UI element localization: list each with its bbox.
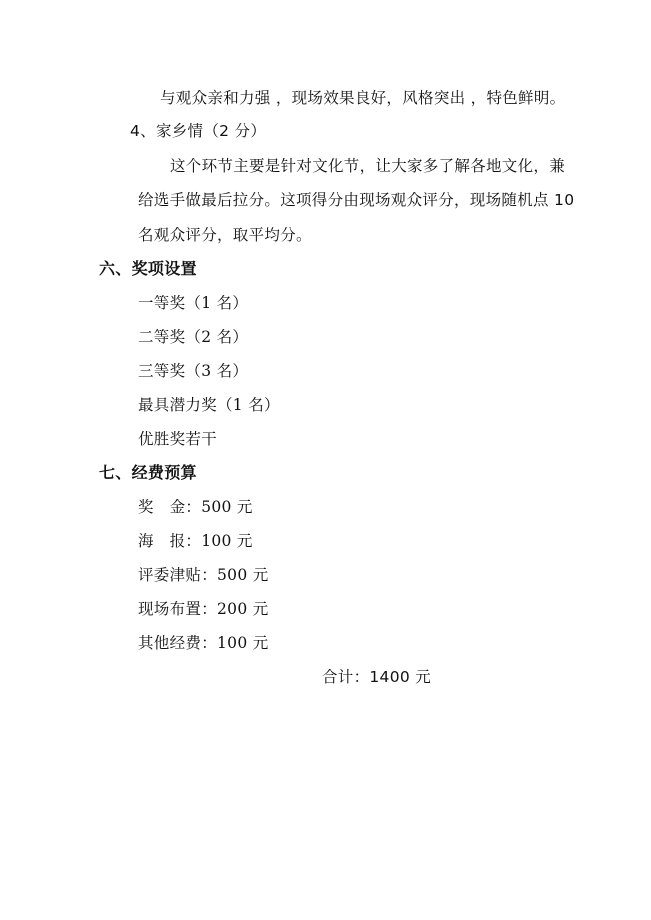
award-item: 三等奖（3 名） xyxy=(138,361,248,381)
item-4-title: 4、家乡情（2 分） xyxy=(130,121,266,141)
budget-total: 合计：1400 元 xyxy=(322,667,431,687)
award-item: 优胜奖若干 xyxy=(138,429,217,449)
budget-item: 现场布置：200 元 xyxy=(138,599,269,619)
budget-item: 奖 金：500 元 xyxy=(138,497,253,517)
paragraph-line: 给选手做最后拉分。这项得分由现场观众评分，现场随机点 10 xyxy=(138,190,574,210)
paragraph-line: 与观众亲和力强 ，现场效果良好，风格突出 ，特色鲜明。 xyxy=(160,88,565,108)
section-heading-budget: 七、经费预算 xyxy=(99,463,197,483)
award-item: 二等奖（2 名） xyxy=(138,327,248,347)
paragraph-line: 这个环节主要是针对文化节，让大家多了解各地文化，兼 xyxy=(170,156,565,176)
budget-item: 海 报：100 元 xyxy=(138,531,253,551)
paragraph-line: 名观众评分，取平均分。 xyxy=(138,225,312,245)
award-item: 一等奖（1 名） xyxy=(138,293,248,313)
section-heading-awards: 六、奖项设置 xyxy=(99,259,197,279)
award-item: 最具潜力奖（1 名） xyxy=(138,395,280,415)
budget-item: 评委津贴：500 元 xyxy=(138,565,269,585)
budget-item: 其他经费：100 元 xyxy=(138,633,269,653)
